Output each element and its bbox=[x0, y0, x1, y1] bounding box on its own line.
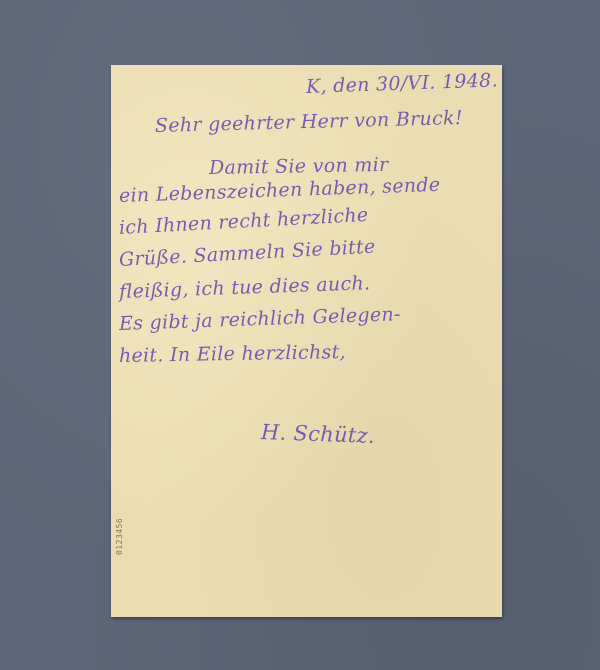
body-line: Damit Sie von mir bbox=[209, 154, 389, 179]
body-line: ein Lebenszeichen haben, sende bbox=[119, 174, 441, 207]
salutation: Sehr geehrter Herr von Bruck! bbox=[155, 107, 463, 137]
signature: H. Schütz. bbox=[261, 420, 376, 448]
body-line: Grüße. Sammeln Sie bitte bbox=[118, 236, 376, 271]
postcard: K, den 30/VI. 1948. Sehr geehrter Herr v… bbox=[111, 65, 502, 617]
body-line: heit. In Eile herzlichst, bbox=[119, 341, 346, 367]
archive-stamp: 0123456 bbox=[115, 518, 124, 555]
body-line: fleißig, ich tue dies auch. bbox=[119, 272, 371, 303]
body-line: Es gibt ja reichlich Gelegen- bbox=[119, 303, 401, 335]
body-line: ich Ihnen recht herzliche bbox=[118, 204, 369, 239]
date-line: K, den 30/VI. 1948. bbox=[306, 69, 499, 98]
